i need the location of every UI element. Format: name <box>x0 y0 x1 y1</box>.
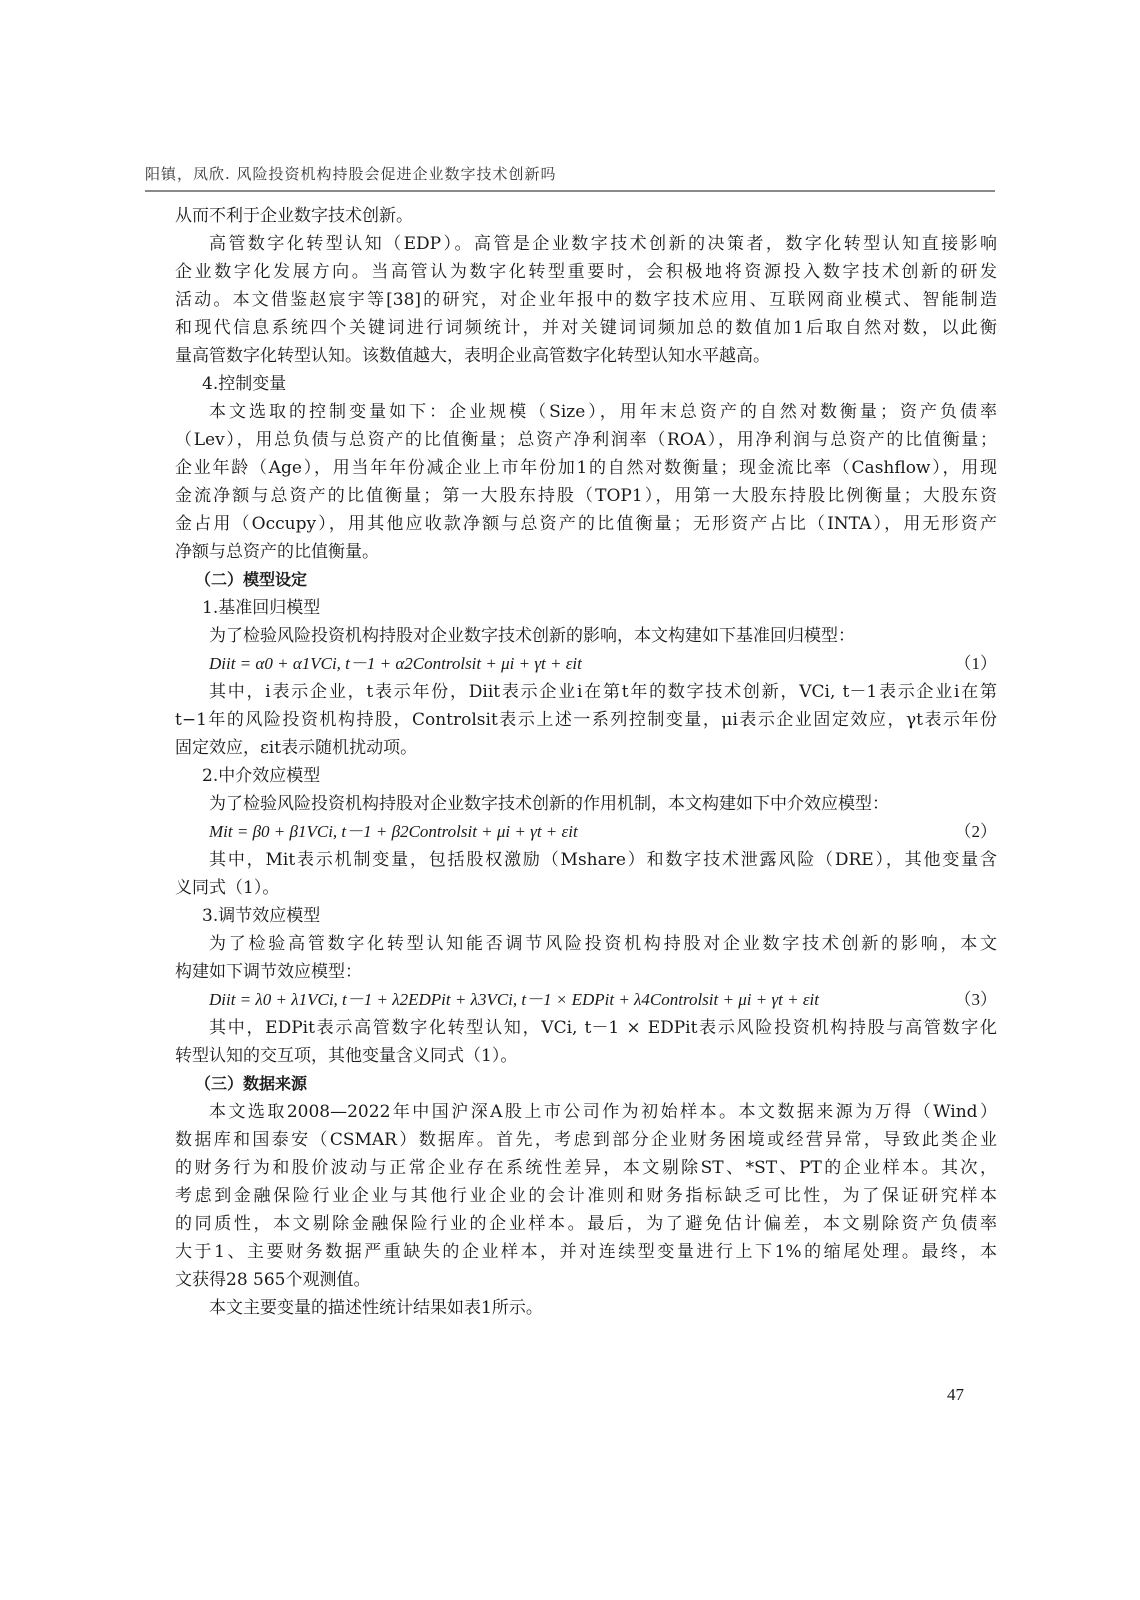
paragraph-line: 其中，i表示企业，t表示年份，Diit表示企业i在第t年的数字技术创新，VCi,… <box>175 678 997 706</box>
equation-body: Mit = β0 + β1VCi, t－1 + β2Controlsit + μ… <box>209 818 578 846</box>
paragraph-line: 固定效应，εit表示随机扰动项。 <box>175 734 997 762</box>
paragraph-line: 净额与总资产的比值衡量。 <box>175 538 997 566</box>
subsection-heading: 4.控制变量 <box>175 370 997 398</box>
paragraph-line: 和现代信息系统四个关键词进行词频统计，并对关键词词频加总的数值加1后取自然对数，… <box>175 314 997 342</box>
paragraph-line: 构建如下调节效应模型： <box>175 958 997 986</box>
paragraph-line: 文获得28 565个观测值。 <box>175 1266 997 1294</box>
paragraph-line: 本文主要变量的描述性统计结果如表1所示。 <box>175 1294 997 1322</box>
equation-number: （3） <box>955 986 998 1014</box>
subsection-heading: 3.调节效应模型 <box>175 902 997 930</box>
paragraph-line: 企业数字化发展方向。当高管认为数字化转型重要时，会积极地将资源投入数字技术创新的… <box>175 258 997 286</box>
paragraph-line: 其中，EDPit表示高管数字化转型认知，VCi, t－1 × EDPit表示风险… <box>175 1014 997 1042</box>
paragraph-line: 从而不利于企业数字技术创新。 <box>175 202 997 230</box>
paragraph-line: 本文选取的控制变量如下：企业规模（Size），用年末总资产的自然对数衡量；资产负… <box>175 398 997 426</box>
equation-3: Diit = λ0 + λ1VCi, t－1 + λ2EDPit + λ3VCi… <box>175 986 997 1014</box>
equation-body: Diit = λ0 + λ1VCi, t－1 + λ2EDPit + λ3VCi… <box>209 986 819 1014</box>
paragraph-line: 义同式（1）。 <box>175 874 997 902</box>
paragraph-line: 高管数字化转型认知（EDP）。高管是企业数字技术创新的决策者，数字化转型认知直接… <box>175 230 997 258</box>
equation-number: （2） <box>955 818 998 846</box>
paragraph-line: 金流净额与总资产的比值衡量；第一大股东持股（TOP1），用第一大股东持股比例衡量… <box>175 482 997 510</box>
page-body: 从而不利于企业数字技术创新。 高管数字化转型认知（EDP）。高管是企业数字技术创… <box>175 202 997 1322</box>
paragraph-line: 为了检验风险投资机构持股对企业数字技术创新的作用机制，本文构建如下中介效应模型： <box>175 790 997 818</box>
running-head: 阳镇，凤欣. 风险投资机构持股会促进企业数字技术创新吗 <box>145 163 995 184</box>
paragraph-line: 的同质性，本文剔除金融保险行业的企业样本。最后，为了避免估计偏差，本文剔除资产负… <box>175 1210 997 1238</box>
equation-2: Mit = β0 + β1VCi, t－1 + β2Controlsit + μ… <box>175 818 997 846</box>
paragraph-line: 转型认知的交互项，其他变量含义同式（1）。 <box>175 1042 997 1070</box>
paragraph-line: 为了检验高管数字化转型认知能否调节风险投资机构持股对企业数字技术创新的影响，本文 <box>175 930 997 958</box>
equation-body: Diit = α0 + α1VCi, t－1 + α2Controlsit + … <box>209 650 582 678</box>
paragraph-line: 活动。本文借鉴赵宸宇等[38]的研究，对企业年报中的数字技术应用、互联网商业模式… <box>175 286 997 314</box>
equation-number: （1） <box>955 650 998 678</box>
paragraph-line: 大于1、主要财务数据严重缺失的企业样本，并对连续型变量进行上下1%的缩尾处理。最… <box>175 1238 997 1266</box>
paragraph-line: 金占用（Occupy），用其他应收款净额与总资产的比值衡量；无形资产占比（INT… <box>175 510 997 538</box>
paragraph-line: （Lev），用总负债与总资产的比值衡量；总资产净利润率（ROA），用净利润与总资… <box>175 426 997 454</box>
paragraph-line: 为了检验风险投资机构持股对企业数字技术创新的影响，本文构建如下基准回归模型： <box>175 622 997 650</box>
subsection-heading: 2.中介效应模型 <box>175 762 997 790</box>
paragraph-line: 的财务行为和股价波动与正常企业存在系统性差异，本文剔除ST、*ST、PT的企业样… <box>175 1154 997 1182</box>
section-heading: （二）模型设定 <box>175 566 997 594</box>
page-number: 47 <box>947 1385 964 1405</box>
paragraph-line: 其中，Mit表示机制变量，包括股权激励（Mshare）和数字技术泄露风险（DRE… <box>175 846 997 874</box>
paragraph-line: 本文选取2008—2022年中国沪深A股上市公司作为初始样本。本文数据来源为万得… <box>175 1098 997 1126</box>
section-heading: （三）数据来源 <box>175 1070 997 1098</box>
header-rule <box>145 190 995 192</box>
paragraph-line: 量高管数字化转型认知。该数值越大，表明企业高管数字化转型认知水平越高。 <box>175 342 997 370</box>
paragraph-line: 考虑到金融保险行业企业与其他行业企业的会计准则和财务指标缺乏可比性，为了保证研究… <box>175 1182 997 1210</box>
paragraph-line: 企业年龄（Age），用当年年份减企业上市年份加1的自然对数衡量；现金流比率（Ca… <box>175 454 997 482</box>
subsection-heading: 1.基准回归模型 <box>175 594 997 622</box>
paragraph-line: t−1年的风险投资机构持股，Controlsit表示上述一系列控制变量，μi表示… <box>175 706 997 734</box>
equation-1: Diit = α0 + α1VCi, t－1 + α2Controlsit + … <box>175 650 997 678</box>
paragraph-line: 数据库和国泰安（CSMAR）数据库。首先，考虑到部分企业财务困境或经营异常，导致… <box>175 1126 997 1154</box>
